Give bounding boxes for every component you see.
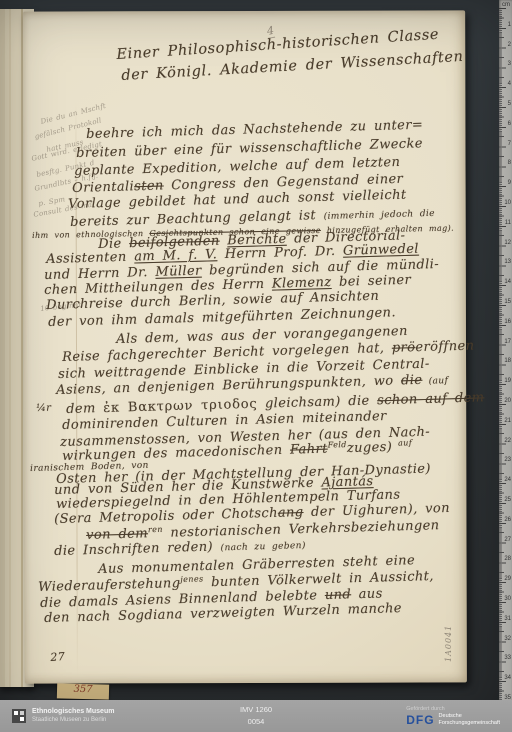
margin-mark: ¼r — [36, 404, 52, 414]
ruler-label: 12 — [504, 240, 511, 246]
image-number: 0054 — [240, 716, 272, 728]
ruler-label: 2 — [508, 42, 511, 48]
shelfmark: IMV 1260 — [240, 704, 272, 716]
ruler-label: 23 — [504, 457, 511, 463]
text-layer: 4Einer Philosophisch-historischen Classe… — [0, 0, 512, 732]
institution-name: Ethnologisches Museum — [32, 708, 114, 717]
scan-viewport: 4Einer Philosophisch-historischen Classe… — [0, 0, 512, 732]
ruler-label: 3 — [508, 61, 511, 67]
ruler-label: 5 — [508, 101, 511, 107]
ruler-label: 15 — [504, 299, 511, 305]
dfg-name-line: Forschungsgemeinschaft — [439, 720, 500, 727]
ruler-label: 11 — [505, 220, 511, 226]
tab-number: 357 — [57, 683, 109, 695]
ruler-label: 10 — [504, 200, 511, 206]
ruler-label: 32 — [504, 636, 511, 642]
ruler-label: 24 — [504, 477, 511, 483]
funding-credit: Gefördert durch — [406, 706, 500, 712]
viewer-footer: Ethnologisches Museum Staatliche Museen … — [0, 700, 512, 732]
smb-logo-icon — [12, 709, 26, 723]
folio-number: 27 — [50, 651, 66, 663]
ruler-label: 22 — [504, 438, 511, 444]
measurement-ruler: cm 1234567891011121314151617181920212223… — [499, 0, 512, 732]
ruler-label: 9 — [508, 180, 511, 186]
ruler-label: 29 — [504, 576, 511, 582]
ruler-label: 18 — [504, 358, 511, 364]
ruler-label: 8 — [508, 160, 511, 166]
ruler-label: 4 — [508, 81, 511, 87]
ruler-unit-label: cm — [502, 2, 510, 8]
ruler-label: 20 — [504, 398, 511, 404]
dfg-name-line: Deutsche — [439, 713, 500, 720]
institution-block: Ethnologisches Museum Staatliche Museen … — [12, 708, 114, 724]
ruler-label: 26 — [504, 517, 511, 523]
ruler-label: 13 — [504, 259, 511, 265]
document-id-block: IMV 1260 0054 — [240, 704, 272, 728]
institution-parent: Staatliche Museen zu Berlin — [32, 717, 114, 725]
ruler-label: 14 — [504, 279, 511, 285]
ruler-label: 1 — [508, 22, 511, 28]
dfg-logo: DFG — [406, 713, 434, 727]
ruler-label: 27 — [504, 537, 511, 543]
ruler-label: 6 — [508, 121, 511, 127]
ruler-label: 19 — [504, 378, 511, 384]
funding-block: Gefördert durch DFG Deutsche Forschungsg… — [406, 706, 500, 727]
ruler-label: 21 — [504, 418, 511, 424]
page-tab: 357 — [57, 683, 109, 699]
ruler-label: 28 — [504, 556, 511, 562]
ruler-label: 33 — [504, 655, 511, 661]
ruler-label: 25 — [504, 497, 511, 503]
ruler-label: 17 — [504, 339, 511, 345]
ruler-label: 7 — [508, 141, 511, 147]
ruler-label: 30 — [504, 596, 511, 602]
ruler-label: 31 — [504, 616, 511, 622]
ruler-label: 34 — [504, 675, 511, 681]
ruler-label: 16 — [504, 319, 511, 325]
inventory-number-vertical: 1A0041 — [444, 625, 453, 662]
